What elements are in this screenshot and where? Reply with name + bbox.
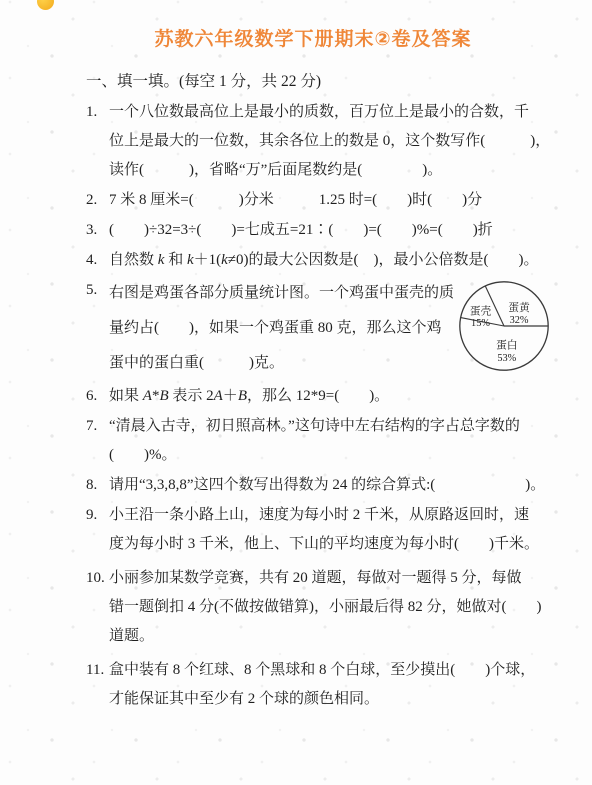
question-row: 4.自然数 k 和 k＋1(k≠0)的最大公因数是( )，最小公倍数是( )。: [86, 246, 552, 275]
question-line: 读作( )，省略“万”后面尾数约是( )。: [109, 156, 552, 185]
math-variable: A: [214, 388, 223, 404]
page-title: 苏教六年级数学下册期末②卷及答案: [86, 24, 540, 51]
question-text: “清晨入古寺，初日照高林。”这句诗中左右结构的字占总字数的: [109, 418, 520, 434]
question-row: 9.小王沿一条小路上山，速度为每小时 2 千米，从原路返回时，速度为每小时 3 …: [86, 501, 552, 559]
question-text: 表示 2: [169, 388, 214, 404]
question-line: 才能保证其中至少有 2 个球的颜色相同。: [109, 685, 552, 714]
math-variable: k: [187, 252, 194, 268]
question-number: 6.: [86, 382, 109, 411]
question-text: 错一题倒扣 4 分(不做按做错算)，小丽最后得 82 分，她做对( ): [109, 599, 541, 615]
egg-parts-pie-chart: 蛋壳 15% 蛋黄 32% 蛋白 53%: [457, 279, 551, 373]
questions: 1.一个八位数最高位上是最小的质数，百万位上是最小的合数，千位上是最大的一位数，…: [86, 98, 552, 714]
question-row: 7.“清晨入古寺，初日照高林。”这句诗中左右结构的字占总字数的( )%。: [86, 412, 552, 470]
question-number: 11.: [86, 656, 109, 714]
exam-page: { "header": { "title": "苏教六年级数学下册期末②卷及答案…: [0, 0, 592, 785]
question-text: 和: [164, 252, 187, 268]
question-number: 3.: [86, 216, 109, 245]
question-number: 10.: [86, 564, 109, 651]
question-line: “清晨入古寺，初日照高林。”这句诗中左右结构的字占总字数的: [109, 412, 552, 441]
question-body: ( )÷32=3÷( )=七成五=21∶( )=( )%=( )折: [109, 216, 552, 245]
math-variable: A: [143, 388, 152, 404]
question-body: 7 米 8 厘米=( )分米 1.25 时=( )时( )分: [109, 186, 552, 215]
question-text: 才能保证其中至少有 2 个球的颜色相同。: [109, 691, 379, 707]
math-variable: B: [238, 388, 247, 404]
question-text: 道题。: [109, 628, 154, 644]
question-line: 度为每小时 3 千米，他上、下山的平均速度为每小时( )千米。: [109, 530, 552, 559]
question-line: 7 米 8 厘米=( )分米 1.25 时=( )时( )分: [109, 186, 552, 215]
question-row: 3.( )÷32=3÷( )=七成五=21∶( )=( )%=( )折: [86, 216, 552, 245]
question-line: 小王沿一条小路上山，速度为每小时 2 千米，从原路返回时，速: [109, 501, 552, 530]
question-text: ( )%。: [109, 447, 177, 463]
question-line: 盒中装有 8 个红球、8 个黑球和 8 个白球，至少摸出( )个球，: [109, 656, 552, 685]
question-line: 右图是鸡蛋各部分质量统计图。一个鸡蛋中蛋壳的质: [109, 276, 457, 311]
math-variable: k: [221, 252, 228, 268]
question-number: 5.: [86, 276, 109, 381]
question-line: 道题。: [109, 622, 552, 651]
math-variable: B: [159, 388, 168, 404]
question-text: 位上是最大的一位数，其余各位上的数是 0，这个数写作( )，: [109, 133, 550, 149]
question-body: 自然数 k 和 k＋1(k≠0)的最大公因数是( )，最小公倍数是( )。: [109, 246, 552, 275]
question-text: 度为每小时 3 千米，他上、下山的平均速度为每小时( )千米。: [109, 536, 539, 552]
pie-value-yolk: 32%: [510, 315, 529, 326]
question-text: 请用“3,3,8,8”这四个数写出得数为 24 的综合算式:( )。: [109, 477, 545, 493]
question-body: 小王沿一条小路上山，速度为每小时 2 千米，从原路返回时，速度为每小时 3 千米…: [109, 501, 552, 559]
question-body: 请用“3,3,8,8”这四个数写出得数为 24 的综合算式:( )。: [109, 471, 552, 500]
question-text: ( )÷32=3÷( )=七成五=21∶( )=( )%=( )折: [109, 222, 493, 238]
question-body: 一个八位数最高位上是最小的质数，百万位上是最小的合数，千位上是最大的一位数，其余…: [109, 98, 552, 185]
question-row: 11.盒中装有 8 个红球、8 个黑球和 8 个白球，至少摸出( )个球，才能保…: [86, 656, 552, 714]
question-line: ( )%。: [109, 441, 552, 470]
pie-label-yolk: 蛋黄: [508, 300, 531, 314]
exam-content: 苏教六年级数学下册期末②卷及答案 一、填一填。(每空 1 分，共 22 分) 1…: [0, 24, 592, 714]
decoration-yellow-dot: [37, 0, 54, 10]
question-body: 如果 A*B 表示 2A＋B，那么 12*9=( )。: [109, 382, 552, 411]
question-text: 右图是鸡蛋各部分质量统计图。一个鸡蛋中蛋壳的质: [109, 285, 454, 301]
section-heading: 一、填一填。(每空 1 分，共 22 分): [86, 67, 552, 97]
question-text: ＋: [223, 388, 238, 404]
question-body: 右图是鸡蛋各部分质量统计图。一个鸡蛋中蛋壳的质量约占( )，如果一个鸡蛋重 80…: [109, 276, 552, 381]
question-body: “清晨入古寺，初日照高林。”这句诗中左右结构的字占总字数的( )%。: [109, 412, 552, 470]
pie-label-eggshell: 蛋壳: [470, 304, 492, 318]
question-number: 2.: [86, 186, 109, 215]
question-line: 量约占( )，如果一个鸡蛋重 80 克，那么这个鸡: [109, 311, 457, 346]
question-text: 量约占( )，如果一个鸡蛋重 80 克，那么这个鸡: [109, 320, 442, 336]
question-text-column: 右图是鸡蛋各部分质量统计图。一个鸡蛋中蛋壳的质量约占( )，如果一个鸡蛋重 80…: [109, 276, 457, 381]
question-row: 5.右图是鸡蛋各部分质量统计图。一个鸡蛋中蛋壳的质量约占( )，如果一个鸡蛋重 …: [86, 276, 552, 381]
question-line: 请用“3,3,8,8”这四个数写出得数为 24 的综合算式:( )。: [109, 471, 552, 500]
question-row: 2.7 米 8 厘米=( )分米 1.25 时=( )时( )分: [86, 186, 552, 215]
question-text: 蛋中的蛋白重( )克。: [109, 355, 284, 371]
question-text: ≠0)的最大公因数是( )，最小公倍数是( )。: [228, 252, 539, 268]
pie-value-eggshell: 15%: [471, 318, 490, 329]
question-number: 7.: [86, 412, 109, 470]
question-line: 蛋中的蛋白重( )克。: [109, 346, 457, 381]
question-text: 读作( )，省略“万”后面尾数约是( )。: [109, 162, 442, 178]
question-line: ( )÷32=3÷( )=七成五=21∶( )=( )%=( )折: [109, 216, 552, 245]
pie-label-white: 蛋白: [496, 339, 518, 352]
question-text: 小王沿一条小路上山，速度为每小时 2 千米，从原路返回时，速: [109, 507, 529, 523]
pie-chart: 蛋壳 15% 蛋黄 32% 蛋白 53%: [457, 276, 553, 373]
question-body: 盒中装有 8 个红球、8 个黑球和 8 个白球，至少摸出( )个球，才能保证其中…: [109, 656, 552, 714]
question-line: 如果 A*B 表示 2A＋B，那么 12*9=( )。: [109, 382, 552, 411]
question-text: ＋1(: [194, 252, 222, 268]
question-number: 1.: [86, 98, 109, 185]
question-text: 一个八位数最高位上是最小的质数，百万位上是最小的合数，千: [109, 104, 529, 120]
question-row: 10.小丽参加某数学竞赛，共有 20 道题，每做对一题得 5 分，每做错一题倒扣…: [86, 564, 552, 651]
question-text: 小丽参加某数学竞赛，共有 20 道题，每做对一题得 5 分，每做: [109, 570, 522, 586]
question-line: 位上是最大的一位数，其余各位上的数是 0，这个数写作( )，: [109, 127, 552, 156]
question-body: 小丽参加某数学竞赛，共有 20 道题，每做对一题得 5 分，每做错一题倒扣 4 …: [109, 564, 552, 651]
question-number: 9.: [86, 501, 109, 559]
question-text: ，那么 12*9=( )。: [247, 388, 389, 404]
question-number: 4.: [86, 246, 109, 275]
question-text: 盒中装有 8 个红球、8 个黑球和 8 个白球，至少摸出( )个球，: [109, 662, 535, 678]
question-text: 自然数: [109, 252, 158, 268]
question-text: 7 米 8 厘米=( )分米 1.25 时=( )时( )分: [109, 192, 482, 208]
pie-value-white: 53%: [497, 353, 516, 364]
question-line: 一个八位数最高位上是最小的质数，百万位上是最小的合数，千: [109, 98, 552, 127]
question-line: 自然数 k 和 k＋1(k≠0)的最大公因数是( )，最小公倍数是( )。: [109, 246, 552, 275]
question-row: 8.请用“3,3,8,8”这四个数写出得数为 24 的综合算式:( )。: [86, 471, 552, 500]
question-line: 小丽参加某数学竞赛，共有 20 道题，每做对一题得 5 分，每做: [109, 564, 552, 593]
question-number: 8.: [86, 471, 109, 500]
question-line: 错一题倒扣 4 分(不做按做错算)，小丽最后得 82 分，她做对( ): [109, 593, 552, 622]
question-row: 1.一个八位数最高位上是最小的质数，百万位上是最小的合数，千位上是最大的一位数，…: [86, 98, 552, 185]
question-row: 6.如果 A*B 表示 2A＋B，那么 12*9=( )。: [86, 382, 552, 411]
question-text: 如果: [109, 388, 143, 404]
